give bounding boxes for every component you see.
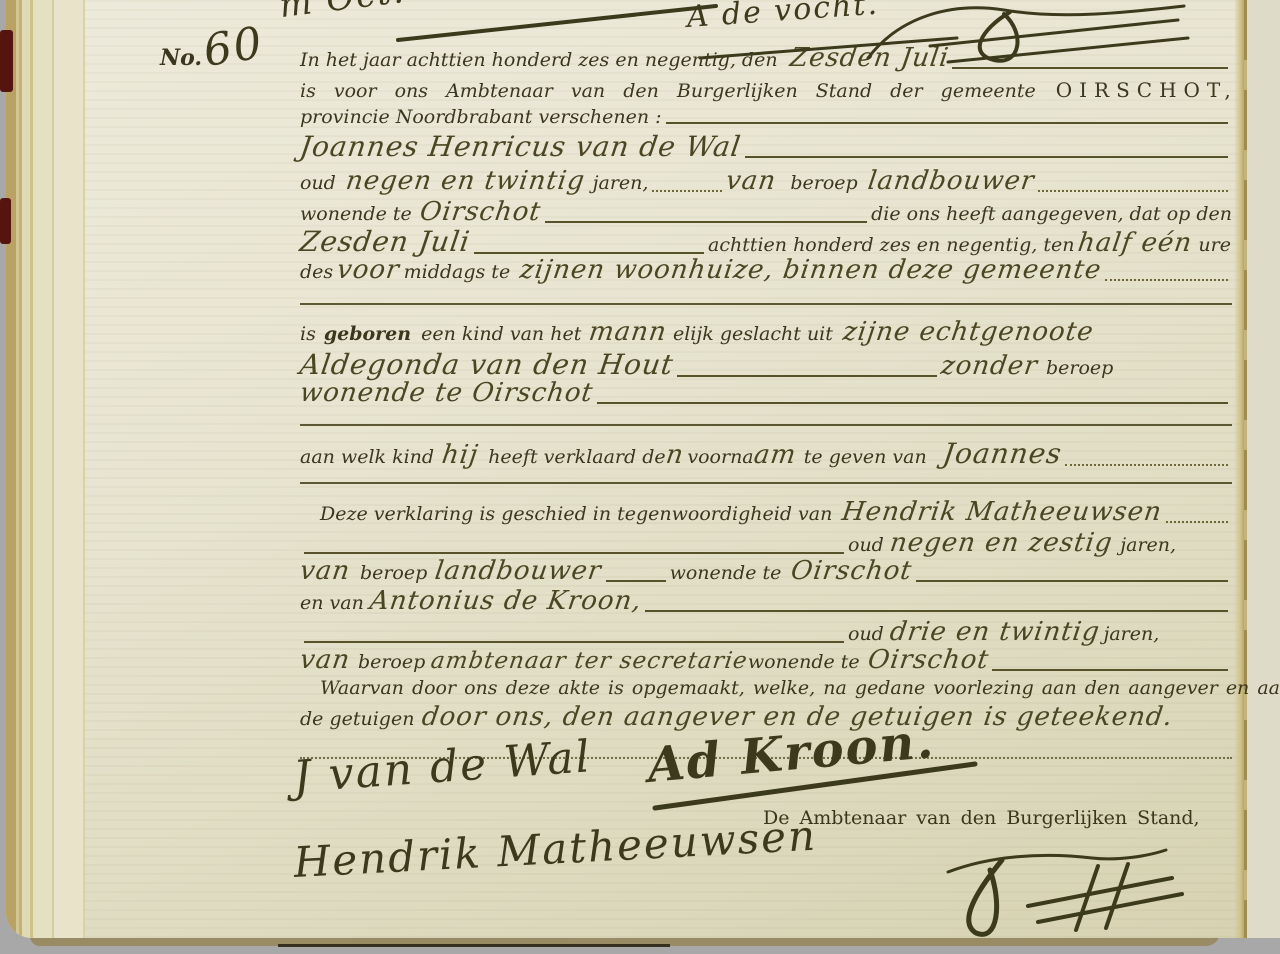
printed-closing-2: de getuigen <box>300 709 414 731</box>
written-gender: mann <box>587 318 669 348</box>
ruled-line <box>304 641 844 643</box>
written-mother-name: Aldegonda van den Hout <box>298 349 676 381</box>
form-line-official: is voor ons Ambtenaar van den Burgerlijk… <box>300 79 1232 103</box>
written-spouse: zijne echtgenoote <box>841 318 1096 348</box>
printed-geboren: geboren <box>324 324 411 346</box>
written-witness2-profession: ambtenaar ter secretarie <box>429 648 749 674</box>
form-line-year-date: In het jaar achttien honderd zes en nege… <box>300 44 1232 74</box>
section-divider-rule <box>300 303 1232 305</box>
form-line-witness1-name: Deze verklaring is geschied in tegenwoor… <box>320 498 1232 528</box>
printed-naming-2: heeft verklaard de <box>488 447 665 469</box>
ruled-line <box>304 552 844 554</box>
ruled-line <box>606 580 666 582</box>
written-witness2-residence: Oirschot <box>866 646 991 676</box>
written-van2: van <box>298 557 352 587</box>
book-cover-spot <box>0 30 13 92</box>
written-hij: hij <box>440 441 480 471</box>
written-witness1-age: negen en zestig <box>888 529 1115 559</box>
facing-page-edge <box>1246 0 1280 938</box>
written-witness2-name: Antonius de Kroon, <box>368 587 644 617</box>
ruled-line <box>474 252 704 254</box>
page-torn-right-edge <box>1234 0 1246 938</box>
printed-year-text: In het jaar achttien honderd zes en nege… <box>300 50 778 72</box>
printed-oud2: oud <box>848 624 884 646</box>
form-line-witness1-age: oud negen en zestig jaren, <box>300 529 1232 559</box>
form-line-born-gender: is geboren een kind van het mann elijk g… <box>300 318 1232 348</box>
written-witness1-profession: landbouwer <box>433 557 604 587</box>
form-line-mother-residence: wonende te Oirschot <box>300 379 1232 409</box>
form-line-witness2-age: oud drie en twintig jaren, <box>300 618 1232 648</box>
printed-naming-3: voorna <box>687 447 753 469</box>
written-declarant-residence: Oirschot <box>418 198 543 228</box>
form-line-birth-location: des voor middags te zijnen woonhuize, bi… <box>300 256 1232 286</box>
record-number-label-line: No. <box>160 46 202 71</box>
written-witness1-residence: Oirschot <box>789 557 914 587</box>
printed-declared-label: die ons heeft aangegeven, dat op den <box>871 204 1232 226</box>
written-birth-date: Zesden Juli <box>298 226 473 258</box>
written-am: am <box>752 441 798 471</box>
next-page-shadow-line <box>278 944 670 947</box>
form-line-witness2-name: en van Antonius de Kroon, <box>300 587 1232 617</box>
printed-province-text: provincie Noordbrabant verschenen : <box>300 107 662 129</box>
printed-official-text: is voor ons Ambtenaar van den Burgerlijk… <box>300 81 1036 103</box>
printed-presence-text: Deze verklaring is geschied in tegenwoor… <box>320 504 832 526</box>
printed-wonende-te2: wonende te <box>748 652 860 674</box>
book-cover-spot <box>0 198 11 244</box>
record-number-value: 60 <box>200 17 267 77</box>
record-number-label: No. <box>160 46 202 71</box>
ruled-line <box>1105 279 1228 281</box>
printed-is: is <box>300 324 316 346</box>
printed-age-label: oud <box>300 173 336 195</box>
form-line-declarant-name: Joannes Henricus van de Wal <box>300 131 1232 163</box>
printed-jaren: jaren, <box>1120 535 1176 557</box>
written-van3: van <box>298 646 352 676</box>
ruled-line <box>745 156 1228 158</box>
written-mother-profession: zonder <box>939 352 1040 382</box>
blank-row-rule <box>300 424 1232 426</box>
form-line-declarant-age: oud negen en twintig jaren, van beroep l… <box>300 167 1232 197</box>
printed-jaren2: jaren, <box>1103 624 1159 646</box>
printed-oud: oud <box>848 535 884 557</box>
written-declarant-age: negen en twintig <box>344 167 587 197</box>
ruled-line <box>916 580 1228 582</box>
printed-year-text2: achttien honderd zes en negentig, ten <box>708 235 1074 257</box>
scanned-birth-record: m Oct. 18 A de vocht. No. 60 In het jaar… <box>0 0 1280 954</box>
form-line-mother-name: Aldegonda van den Hout zonder beroep <box>300 349 1232 382</box>
official-caption-line: De Ambtenaar van den Burgerlijken Stand, <box>763 808 1200 830</box>
form-line-birth-date: Zesden Juli achttien honderd zes en nege… <box>300 226 1232 259</box>
written-voor: voor <box>335 256 402 286</box>
ruled-line <box>992 669 1228 671</box>
ruled-line <box>952 67 1228 69</box>
printed-wonende-te: wonende te <box>670 563 782 585</box>
printed-child-of: een kind van het <box>421 324 581 346</box>
form-line-child-name: aan welk kind hij heeft verklaard de n v… <box>300 438 1232 471</box>
section-divider-rule <box>300 482 1232 484</box>
printed-naming-4: te geven van <box>804 447 927 469</box>
printed-profession-label: beroep <box>790 173 857 195</box>
printed-en-van: en van <box>300 593 364 615</box>
printed-beroep2: beroep <box>360 563 427 585</box>
ruled-line <box>1065 464 1228 466</box>
form-line-witness2-profession: van beroep ambtenaar ter secretarie wone… <box>300 646 1232 676</box>
written-witness2-age: drie en twintig <box>888 618 1102 648</box>
ruled-line <box>545 221 868 223</box>
ruled-line <box>597 402 1228 404</box>
ruled-line <box>677 375 937 377</box>
ruled-line <box>652 190 722 192</box>
printed-years-label: jaren, <box>593 173 649 195</box>
written-birth-location: zijnen woonhuize, binnen deze gemeente <box>518 256 1103 286</box>
form-line-province: provincie Noordbrabant verschenen : <box>300 107 1232 129</box>
book-binding-page-edges <box>6 0 110 938</box>
written-witness1-name: Hendrik Matheeuwsen <box>840 498 1164 528</box>
written-declarant-name: Joannes Henricus van de Wal <box>298 131 743 163</box>
written-n: n <box>664 441 686 471</box>
printed-hour-label: ure <box>1198 235 1231 257</box>
printed-beroep3: beroep <box>358 652 425 674</box>
printed-des: des <box>300 262 333 284</box>
printed-official-caption: De Ambtenaar van den Burgerlijken Stand, <box>763 808 1200 830</box>
printed-closing-1: Waarvan door ons deze akte is opgemaakt,… <box>320 678 1280 700</box>
written-mother-residence: wonende te Oirschot <box>298 379 595 409</box>
ruled-line <box>1038 190 1228 192</box>
written-child-name: Joannes <box>940 438 1063 470</box>
written-van: van <box>724 167 778 197</box>
ruled-line <box>666 122 1228 124</box>
form-line-declarant-residence: wonende te Oirschot die ons heeft aangeg… <box>300 198 1232 228</box>
written-record-date: Zesden Juli <box>787 44 950 74</box>
ruled-line <box>645 610 1228 612</box>
ruled-line <box>1166 521 1228 523</box>
printed-middags-te: middags te <box>404 262 511 284</box>
form-line-witness1-profession: van beroep landbouwer wonende te Oirscho… <box>300 557 1232 587</box>
written-declarant-profession: landbouwer <box>866 167 1037 197</box>
printed-residence-label: wonende te <box>300 204 412 226</box>
form-line-closing-1: Waarvan door ons deze akte is opgemaakt,… <box>320 678 1232 700</box>
printed-gender-suffix: elijk geslacht uit <box>673 324 833 346</box>
printed-beroep: beroep <box>1046 358 1113 380</box>
municipality-name: OIRSCHOT, <box>1056 79 1238 102</box>
printed-naming-1: aan welk kind <box>300 447 434 469</box>
